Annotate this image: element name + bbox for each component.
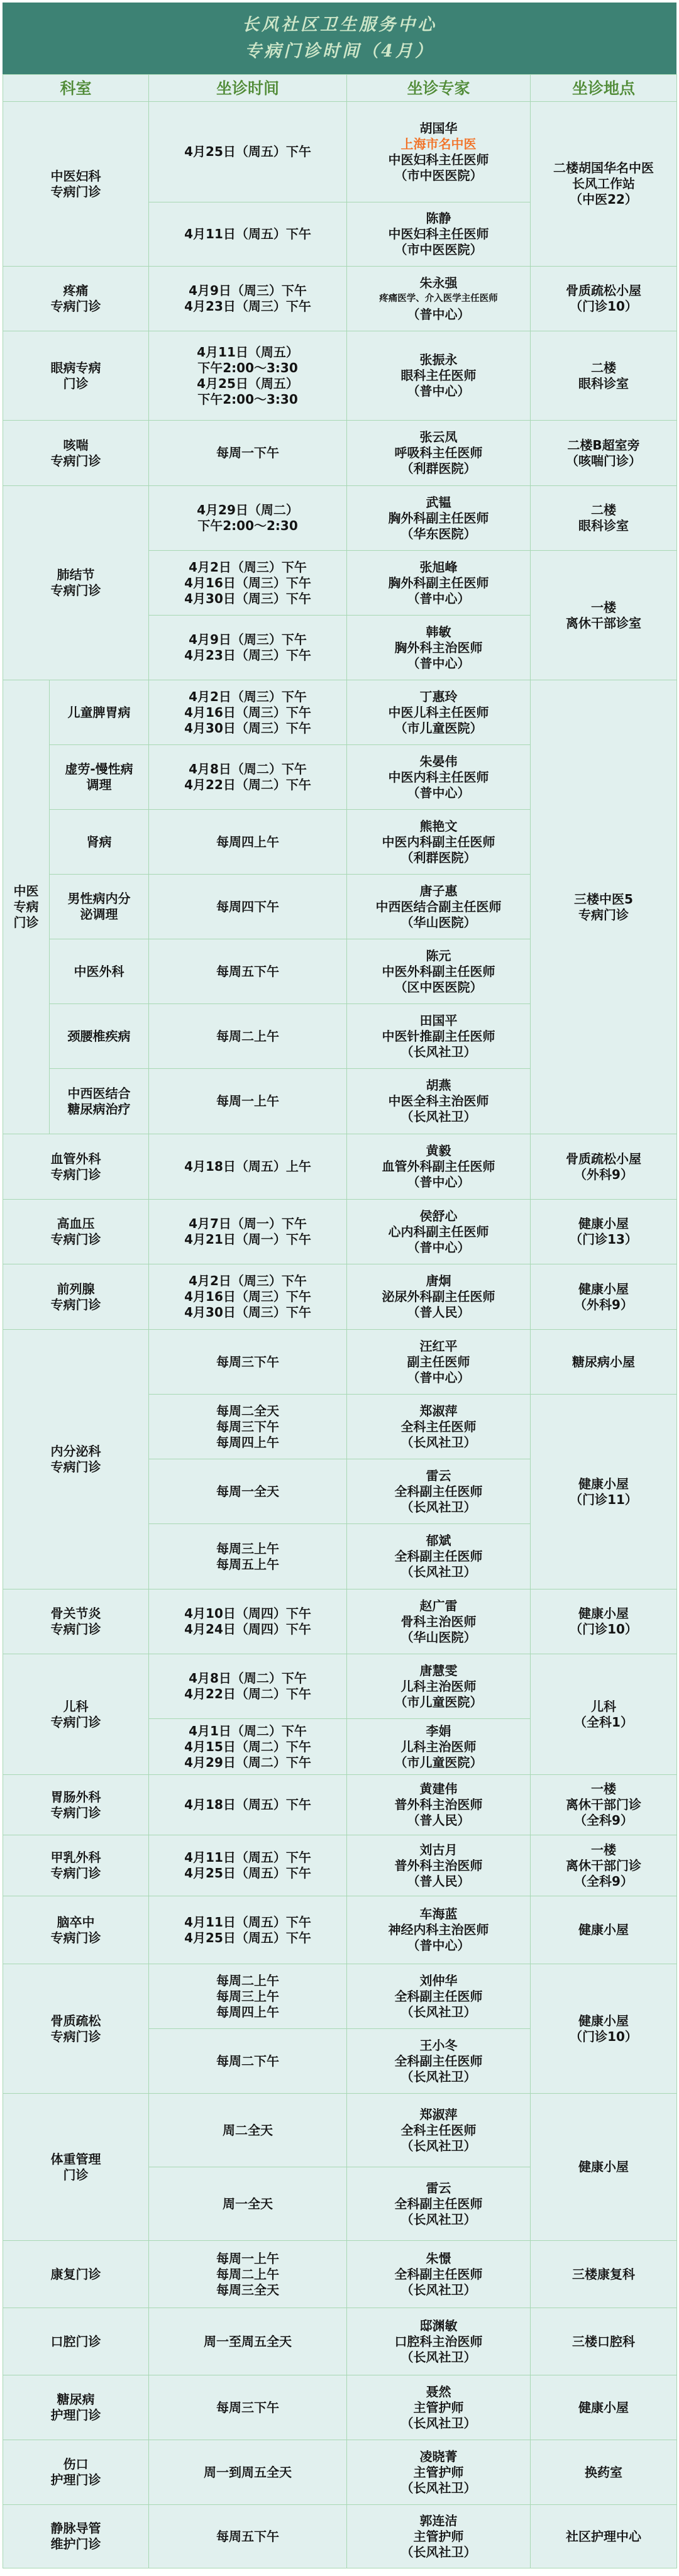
expert-info: （长风社卫） bbox=[347, 2545, 530, 2560]
expert-cell: 刘仲华全科副主任医师（长风社卫） bbox=[347, 1964, 531, 2029]
location-text: 健康小屋 bbox=[531, 1922, 676, 1938]
expert-info: 王小冬 bbox=[347, 2038, 530, 2054]
time-cell: 4月2日（周三）下午4月16日（周三）下午4月30日（周三）下午 bbox=[149, 1264, 347, 1330]
location-text: 离休干部门诊 bbox=[531, 1797, 676, 1813]
sub-specialty-cell: 肾病 bbox=[50, 810, 149, 875]
time-cell: 周一全天 bbox=[149, 2167, 347, 2241]
department-name: 专病门诊 bbox=[3, 1459, 148, 1475]
location-text: 健康小屋 bbox=[531, 1216, 676, 1232]
sub-specialty-cell: 虚劳-慢性病调理 bbox=[50, 745, 149, 810]
schedule-time: 每周四上午 bbox=[149, 2004, 346, 2020]
location-text: 骨质疏松小屋 bbox=[531, 1151, 676, 1167]
expert-info: （长风社卫） bbox=[347, 1044, 530, 1060]
schedule-time: 每周二下午 bbox=[149, 2054, 346, 2069]
time-cell: 每周一下午 bbox=[149, 421, 347, 486]
schedule-time: 4月24日（周四）下午 bbox=[149, 1622, 346, 1637]
expert-info: 全科副主任医师 bbox=[347, 2267, 530, 2282]
department-name: 门诊 bbox=[3, 2167, 148, 2183]
location-text: 三楼康复科 bbox=[531, 2267, 676, 2282]
schedule-time: 每周一下午 bbox=[149, 445, 346, 461]
department-cell: 伤口护理门诊 bbox=[3, 2440, 149, 2505]
expert-cell: 张云凤呼吸科主任医师（利群医院） bbox=[347, 421, 531, 486]
sub-specialty-cell: 中西医结合糖尿病治疗 bbox=[50, 1069, 149, 1134]
schedule-time: 4月11日（周五） bbox=[149, 345, 346, 360]
expert-info: （普中心） bbox=[347, 656, 530, 672]
schedule-time: 每周五上午 bbox=[149, 1557, 346, 1573]
expert-cell: 武韫胸外科副主任医师（华东医院） bbox=[347, 486, 531, 551]
department-cell: 儿科专病门诊 bbox=[3, 1654, 149, 1775]
expert-cell: 侯舒心心内科副主任医师（普中心） bbox=[347, 1200, 531, 1264]
sub-specialty-cell: 颈腰椎疾病 bbox=[50, 1004, 149, 1069]
department-cell: 眼病专病门诊 bbox=[3, 331, 149, 421]
expert-info: 口腔科主治医师 bbox=[347, 2334, 530, 2350]
expert-info: 侯舒心 bbox=[347, 1208, 530, 1224]
time-cell: 4月11日（周五）下午4月25日（周五）下午 bbox=[149, 1896, 347, 1964]
expert-cell: 丁惠玲中医儿科主任医师（市儿童医院） bbox=[347, 680, 531, 745]
time-cell: 每周四上午 bbox=[149, 810, 347, 875]
expert-cell: 陈元中医外科副主任医师（区中医医院） bbox=[347, 939, 531, 1004]
table-row: 咳喘专病门诊每周一下午张云凤呼吸科主任医师（利群医院）二楼B超室旁（咳喘门诊） bbox=[3, 421, 677, 486]
department-cell: 肺结节专病门诊 bbox=[3, 486, 149, 680]
table-row: 脑卒中专病门诊4月11日（周五）下午4月25日（周五）下午车海蓝神经内科主治医师… bbox=[3, 1896, 677, 1964]
schedule-time: 每周五下午 bbox=[149, 2529, 346, 2545]
department-name: 疼痛 bbox=[3, 283, 148, 299]
location-text: 健康小屋 bbox=[531, 2400, 676, 2416]
department-name: 甲乳外科 bbox=[3, 1850, 148, 1866]
location-text: 离休干部门诊 bbox=[531, 1858, 676, 1874]
expert-cell: 朱憬全科副主任医师（长风社卫） bbox=[347, 2241, 531, 2308]
schedule-time: 4月21日（周一）下午 bbox=[149, 1232, 346, 1247]
location-text: 专病门诊 bbox=[531, 907, 676, 923]
location-text: 儿科 bbox=[531, 1699, 676, 1715]
location-cell: 儿科（全科1） bbox=[531, 1654, 677, 1775]
location-cell: 健康小屋（门诊11） bbox=[531, 1395, 677, 1589]
department-name: 门诊 bbox=[3, 915, 49, 931]
department-cell: 咳喘专病门诊 bbox=[3, 421, 149, 486]
expert-info: 刘古月 bbox=[347, 1842, 530, 1858]
table-row: 眼病专病门诊4月11日（周五）下午2:00～3:304月25日（周五）下午2:0… bbox=[3, 331, 677, 421]
sub-specialty-cell: 男性病内分泌调理 bbox=[50, 875, 149, 939]
expert-info: （普中心） bbox=[347, 785, 530, 801]
location-cell: 健康小屋（门诊10） bbox=[531, 1589, 677, 1654]
schedule-time: 4月16日（周三）下午 bbox=[149, 575, 346, 591]
expert-info: （市儿童医院） bbox=[347, 721, 530, 736]
expert-cell: 郑淑萍全科主任医师（长风社卫） bbox=[347, 2094, 531, 2167]
expert-info: （长风社卫） bbox=[347, 2480, 530, 2496]
location-text: 二楼胡国华名中医 bbox=[531, 160, 676, 176]
location-cell: 一楼离休干部诊室 bbox=[531, 551, 677, 680]
department-cell: 血管外科专病门诊 bbox=[3, 1134, 149, 1200]
schedule-time: 4月7日（周一）下午 bbox=[149, 1216, 346, 1232]
expert-info: 韩敏 bbox=[347, 624, 530, 640]
expert-info: （普中心） bbox=[347, 1938, 530, 1954]
department-cell: 高血压专病门诊 bbox=[3, 1200, 149, 1264]
sub-specialty-name: 颈腰椎疾病 bbox=[50, 1029, 148, 1044]
schedule-time: 4月23日（周三）下午 bbox=[149, 299, 346, 314]
expert-info: 中医妇科主任医师 bbox=[347, 226, 530, 242]
time-cell: 周二全天 bbox=[149, 2094, 347, 2167]
header-location: 坐诊地点 bbox=[531, 75, 677, 102]
header-expert: 坐诊专家 bbox=[347, 75, 531, 102]
expert-info: （市中医医院） bbox=[347, 242, 530, 258]
expert-cell: 王小冬全科副主任医师（长风社卫） bbox=[347, 2029, 531, 2094]
department-name: 专病门诊 bbox=[3, 1622, 148, 1637]
department-cell: 中医专病门诊 bbox=[3, 680, 50, 1134]
location-text: 眼科诊室 bbox=[531, 376, 676, 392]
schedule-time: 4月8日（周二）下午 bbox=[149, 761, 346, 777]
schedule-time: 4月2日（周三）下午 bbox=[149, 689, 346, 705]
schedule-time: 每周二上午 bbox=[149, 1973, 346, 1989]
expert-info: 胸外科副主任医师 bbox=[347, 511, 530, 526]
expert-info: （普中心） bbox=[347, 1175, 530, 1190]
expert-cell: 张旭峰胸外科副主任医师（普中心） bbox=[347, 551, 531, 616]
sub-specialty-name: 肾病 bbox=[50, 834, 148, 850]
location-text: 社区护理中心 bbox=[531, 2529, 676, 2545]
schedule-time: 每周二上午 bbox=[149, 1029, 346, 1044]
location-cell: 糖尿病小屋 bbox=[531, 1330, 677, 1395]
time-cell: 4月2日（周三）下午4月16日（周三）下午4月30日（周三）下午 bbox=[149, 680, 347, 745]
expert-info: 张旭峰 bbox=[347, 560, 530, 575]
time-cell: 每周四下午 bbox=[149, 875, 347, 939]
expert-cell: 赵广雷骨科主治医师（华山医院） bbox=[347, 1589, 531, 1654]
expert-info: 郭连洁 bbox=[347, 2513, 530, 2529]
location-cell: 三楼口腔科 bbox=[531, 2308, 677, 2375]
expert-info: 血管外科副主任医师 bbox=[347, 1159, 530, 1175]
expert-info: （普中心） bbox=[347, 1370, 530, 1386]
sub-specialty-name: 糖尿病治疗 bbox=[50, 1102, 148, 1117]
expert-cell: 郑淑萍全科主任医师（长风社卫） bbox=[347, 1395, 531, 1459]
time-cell: 4月9日（周三）下午4月23日（周三）下午 bbox=[149, 616, 347, 680]
expert-cell: 李娟儿科主治医师（市儿童医院） bbox=[347, 1719, 531, 1775]
table-row: 高血压专病门诊4月7日（周一）下午4月21日（周一）下午侯舒心心内科副主任医师（… bbox=[3, 1200, 677, 1264]
department-name: 血管外科 bbox=[3, 1151, 148, 1167]
time-cell: 4月18日（周五）下午 bbox=[149, 1775, 347, 1835]
schedule-time: 4月16日（周三）下午 bbox=[149, 1289, 346, 1305]
expert-info: （市儿童医院） bbox=[347, 1755, 530, 1771]
expert-cell: 唐子惠中西医结合副主任医师（华山医院） bbox=[347, 875, 531, 939]
expert-info: （长风社卫） bbox=[347, 1109, 530, 1125]
department-name: 前列腺 bbox=[3, 1281, 148, 1297]
department-name: 胃肠外科 bbox=[3, 1789, 148, 1805]
expert-info: 儿科主治医师 bbox=[347, 1679, 530, 1694]
schedule-time: 每周四上午 bbox=[149, 834, 346, 850]
expert-info: （利群医院） bbox=[347, 850, 530, 866]
expert-info: （普中心） bbox=[347, 307, 530, 323]
expert-info: （市儿童医院） bbox=[347, 1694, 530, 1710]
expert-cell: 朱晏伟中医内科主任医师（普中心） bbox=[347, 745, 531, 810]
location-cell: 三楼中医5专病门诊 bbox=[531, 680, 677, 1134]
expert-info: 黄建伟 bbox=[347, 1781, 530, 1797]
table-row: 疼痛专病门诊4月9日（周三）下午4月23日（周三）下午朱永强疼痛医学、介入医学主… bbox=[3, 267, 677, 331]
expert-info: 中医妇科主任医师 bbox=[347, 152, 530, 168]
department-name: 静脉导管 bbox=[3, 2521, 148, 2536]
location-text: （咳喘门诊） bbox=[531, 453, 676, 469]
location-text: （外科9） bbox=[531, 1297, 676, 1313]
expert-cell: 唐慧雯儿科主治医师（市儿童医院） bbox=[347, 1654, 531, 1719]
location-cell: 骨质疏松小屋（外科9） bbox=[531, 1134, 677, 1200]
location-cell: 健康小屋 bbox=[531, 1896, 677, 1964]
schedule-time: 4月29日（周二）下午 bbox=[149, 1755, 346, 1771]
location-cell: 一楼离休干部门诊（全科9） bbox=[531, 1775, 677, 1835]
expert-info: 雷云 bbox=[347, 2181, 530, 2196]
department-cell: 疼痛专病门诊 bbox=[3, 267, 149, 331]
expert-cell: 聂然主管护师（长风社卫） bbox=[347, 2375, 531, 2440]
schedule-time: 每周三上午 bbox=[149, 1541, 346, 1557]
schedule-time: 4月18日（周五）下午 bbox=[149, 1797, 346, 1813]
table-row: 口腔门诊周一至周五全天邸渊敏口腔科主治医师（长风社卫）三楼口腔科 bbox=[3, 2308, 677, 2375]
expert-info: 全科主任医师 bbox=[347, 1419, 530, 1435]
schedule-time: 4月9日（周三）下午 bbox=[149, 632, 346, 648]
schedule-time: 4月11日（周五）下午 bbox=[149, 1915, 346, 1930]
expert-info: 中医针推副主任医师 bbox=[347, 1029, 530, 1044]
department-cell: 骨关节炎专病门诊 bbox=[3, 1589, 149, 1654]
location-text: 健康小屋 bbox=[531, 2013, 676, 2029]
location-text: 健康小屋 bbox=[531, 1606, 676, 1622]
department-name: 门诊 bbox=[3, 376, 148, 392]
sub-specialty-name: 虚劳-慢性病 bbox=[50, 761, 148, 777]
expert-info: 胡燕 bbox=[347, 1078, 530, 1093]
location-text: （门诊13） bbox=[531, 1232, 676, 1247]
time-cell: 每周三下午 bbox=[149, 2375, 347, 2440]
schedule-time: 4月30日（周三）下午 bbox=[149, 591, 346, 607]
expert-info: 副主任医师 bbox=[347, 1354, 530, 1370]
expert-info: 中西医结合副主任医师 bbox=[347, 899, 530, 915]
time-cell: 4月8日（周二）下午4月22日（周二）下午 bbox=[149, 745, 347, 810]
expert-cell: 熊艳文中医内科副主任医师（利群医院） bbox=[347, 810, 531, 875]
expert-info: 主管护师 bbox=[347, 2465, 530, 2480]
expert-info: （利群医院） bbox=[347, 461, 530, 477]
department-cell: 康复门诊 bbox=[3, 2241, 149, 2308]
schedule-time: 下午2:00～3:30 bbox=[149, 360, 346, 376]
department-name: 专病门诊 bbox=[3, 1297, 148, 1313]
location-text: （门诊10） bbox=[531, 1622, 676, 1637]
expert-info: 胸外科副主任医师 bbox=[347, 575, 530, 591]
location-cell: 二楼眼科诊室 bbox=[531, 486, 677, 551]
expert-cell: 黄毅血管外科副主任医师（普中心） bbox=[347, 1134, 531, 1200]
table-row: 肺结节专病门诊4月29日（周二）下午2:00～2:30武韫胸外科副主任医师（华东… bbox=[3, 486, 677, 551]
department-cell: 甲乳外科专病门诊 bbox=[3, 1835, 149, 1896]
time-cell: 每周一上午 bbox=[149, 1069, 347, 1134]
time-cell: 每周二全天每周三下午每周四上午 bbox=[149, 1395, 347, 1459]
department-name: 专病门诊 bbox=[3, 1930, 148, 1946]
expert-cell: 陈静中医妇科主任医师（市中医医院） bbox=[347, 202, 531, 267]
time-cell: 4月8日（周二）下午4月22日（周二）下午 bbox=[149, 1654, 347, 1719]
expert-cell: 汪红平副主任医师（普中心） bbox=[347, 1330, 531, 1395]
time-cell: 每周二上午 bbox=[149, 1004, 347, 1069]
sub-specialty-name: 调理 bbox=[50, 777, 148, 793]
expert-info: 骨科主治医师 bbox=[347, 1614, 530, 1630]
schedule-time: 周一全天 bbox=[149, 2196, 346, 2212]
header-time: 坐诊时间 bbox=[149, 75, 347, 102]
location-text: （门诊10） bbox=[531, 299, 676, 314]
location-cell: 二楼胡国华名中医长风工作站（中医22） bbox=[531, 102, 677, 267]
expert-cell: 田国平中医针推副主任医师（长风社卫） bbox=[347, 1004, 531, 1069]
expert-info: （普人民） bbox=[347, 1813, 530, 1828]
expert-info: 唐子惠 bbox=[347, 883, 530, 899]
sub-specialty-name: 儿童脾胃病 bbox=[50, 705, 148, 721]
time-cell: 每周一全天 bbox=[149, 1459, 347, 1524]
time-cell: 4月1日（周二）下午4月15日（周二）下午4月29日（周二）下午 bbox=[149, 1719, 347, 1775]
schedule-time: 4月16日（周三）下午 bbox=[149, 705, 346, 721]
schedule-time: 周一到周五全天 bbox=[149, 2465, 346, 2480]
expert-info: 呼吸科主任医师 bbox=[347, 445, 530, 461]
time-cell: 每周三上午每周五上午 bbox=[149, 1524, 347, 1589]
location-cell: 二楼眼科诊室 bbox=[531, 331, 677, 421]
department-name: 专病门诊 bbox=[3, 184, 148, 200]
expert-cell: 刘古月普外科主治医师（普人民） bbox=[347, 1835, 531, 1896]
expert-info: 全科副主任医师 bbox=[347, 1484, 530, 1500]
department-name: 内分泌科 bbox=[3, 1444, 148, 1459]
department-name: 咳喘 bbox=[3, 438, 148, 453]
location-text: 骨质疏松小屋 bbox=[531, 283, 676, 299]
time-cell: 每周二上午每周三上午每周四上午 bbox=[149, 1964, 347, 2029]
department-name: 体重管理 bbox=[3, 2152, 148, 2167]
expert-info: （普人民） bbox=[347, 1305, 530, 1320]
table-row: 血管外科专病门诊4月18日（周五）上午黄毅血管外科副主任医师（普中心）骨质疏松小… bbox=[3, 1134, 677, 1200]
expert-info: 中医内科副主任医师 bbox=[347, 834, 530, 850]
time-cell: 周一至周五全天 bbox=[149, 2308, 347, 2375]
schedule-time: 4月23日（周三）下午 bbox=[149, 648, 346, 663]
location-cell: 骨质疏松小屋（门诊10） bbox=[531, 267, 677, 331]
expert-info: （长风社卫） bbox=[347, 2138, 530, 2154]
table-row: 中医专病门诊儿童脾胃病4月2日（周三）下午4月16日（周三）下午4月30日（周三… bbox=[3, 680, 677, 745]
time-cell: 4月11日（周五）下午4月25日（周五）下午 bbox=[149, 1835, 347, 1896]
location-cell: 换药室 bbox=[531, 2440, 677, 2505]
schedule-time: 4月10日（周四）下午 bbox=[149, 1606, 346, 1622]
schedule-time: 4月25日（周五）下午 bbox=[149, 144, 346, 160]
title-line-2: 专病门诊时间（4月） bbox=[245, 38, 434, 65]
time-cell: 4月2日（周三）下午4月16日（周三）下午4月30日（周三）下午 bbox=[149, 551, 347, 616]
location-text: （门诊10） bbox=[531, 2029, 676, 2045]
expert-info: 中医外科副主任医师 bbox=[347, 964, 530, 980]
schedule-time: 周二全天 bbox=[149, 2123, 346, 2138]
expert-info: 黄毅 bbox=[347, 1143, 530, 1159]
expert-info: 主管护师 bbox=[347, 2400, 530, 2416]
department-name: 骨质疏松 bbox=[3, 2013, 148, 2029]
expert-info: 儿科主治医师 bbox=[347, 1739, 530, 1755]
expert-cell: 凌晓菁主管护师（长风社卫） bbox=[347, 2440, 531, 2505]
location-text: （外科9） bbox=[531, 1167, 676, 1183]
table-row: 骨质疏松专病门诊每周二上午每周三上午每周四上午刘仲华全科副主任医师（长风社卫）健… bbox=[3, 1964, 677, 2029]
expert-info: （华东医院） bbox=[347, 526, 530, 542]
table-row: 内分泌科专病门诊每周三下午汪红平副主任医师（普中心）糖尿病小屋 bbox=[3, 1330, 677, 1395]
location-text: 一楼 bbox=[531, 1781, 676, 1797]
schedule-time: 每周四上午 bbox=[149, 1435, 346, 1451]
department-cell: 胃肠外科专病门诊 bbox=[3, 1775, 149, 1835]
department-name: 专病门诊 bbox=[3, 299, 148, 314]
expert-info: 邸渊敏 bbox=[347, 2318, 530, 2334]
time-cell: 4月10日（周四）下午4月24日（周四）下午 bbox=[149, 1589, 347, 1654]
department-name: 维护门诊 bbox=[3, 2536, 148, 2552]
schedule-time: 每周五下午 bbox=[149, 964, 346, 980]
schedule-time: 4月29日（周二） bbox=[149, 502, 346, 518]
department-name: 专病门诊 bbox=[3, 1866, 148, 1881]
location-text: 二楼 bbox=[531, 360, 676, 376]
sub-specialty-cell: 儿童脾胃病 bbox=[50, 680, 149, 745]
schedule-time: 每周三上午 bbox=[149, 1989, 346, 2004]
schedule-time: 每周一上午 bbox=[149, 1093, 346, 1109]
expert-info: 心内科副主任医师 bbox=[347, 1224, 530, 1240]
location-text: 离休干部诊室 bbox=[531, 616, 676, 631]
location-cell: 健康小屋 bbox=[531, 2094, 677, 2241]
time-cell: 每周二下午 bbox=[149, 2029, 347, 2094]
department-name: 专病门诊 bbox=[3, 453, 148, 469]
schedule-time: 每周三全天 bbox=[149, 2282, 346, 2298]
location-cell: 三楼康复科 bbox=[531, 2241, 677, 2308]
location-text: 换药室 bbox=[531, 2465, 676, 2480]
location-text: （门诊11） bbox=[531, 1492, 676, 1508]
department-cell: 脑卒中专病门诊 bbox=[3, 1896, 149, 1964]
expert-info: 陈静 bbox=[347, 211, 530, 226]
location-text: （全科1） bbox=[531, 1715, 676, 1730]
schedule-time: 4月11日（周五）下午 bbox=[149, 1850, 346, 1866]
table-row: 儿科专病门诊4月8日（周二）下午4月22日（周二）下午唐慧雯儿科主治医师（市儿童… bbox=[3, 1654, 677, 1719]
location-text: 健康小屋 bbox=[531, 1281, 676, 1297]
expert-info: 田国平 bbox=[347, 1013, 530, 1029]
location-text: 长风工作站 bbox=[531, 176, 676, 192]
table-row: 中医妇科专病门诊4月25日（周五）下午胡国华上海市名中医中医妇科主任医师（市中医… bbox=[3, 102, 677, 202]
schedule-time: 4月25日（周五）下午 bbox=[149, 1866, 346, 1881]
location-text: 眼科诊室 bbox=[531, 518, 676, 534]
location-text: 三楼口腔科 bbox=[531, 2334, 676, 2350]
schedule-time: 下午2:00～2:30 bbox=[149, 518, 346, 534]
table-row: 伤口护理门诊周一到周五全天凌晓菁主管护师（长风社卫）换药室 bbox=[3, 2440, 677, 2505]
expert-info: （长风社卫） bbox=[347, 2350, 530, 2365]
department-name: 护理门诊 bbox=[3, 2472, 148, 2488]
table-header-row: 科室 坐诊时间 坐诊专家 坐诊地点 bbox=[3, 75, 677, 102]
department-name: 专病门诊 bbox=[3, 1715, 148, 1730]
schedule-time: 4月30日（周三）下午 bbox=[149, 721, 346, 736]
location-text: 二楼B超室旁 bbox=[531, 438, 676, 453]
department-cell: 静脉导管维护门诊 bbox=[3, 2505, 149, 2568]
expert-info: 全科副主任医师 bbox=[347, 2196, 530, 2212]
table-row: 甲乳外科专病门诊4月11日（周五）下午4月25日（周五）下午刘古月普外科主治医师… bbox=[3, 1835, 677, 1896]
department-name: 护理门诊 bbox=[3, 2407, 148, 2423]
expert-info: 泌尿外科副主任医师 bbox=[347, 1289, 530, 1305]
honor-title: 上海市名中医 bbox=[347, 136, 530, 152]
expert-info: 陈元 bbox=[347, 948, 530, 964]
time-cell: 周一到周五全天 bbox=[149, 2440, 347, 2505]
location-cell: 健康小屋（外科9） bbox=[531, 1264, 677, 1330]
time-cell: 4月11日（周五）下午2:00～3:304月25日（周五）下午2:00～3:30 bbox=[149, 331, 347, 421]
expert-info: （普人民） bbox=[347, 1874, 530, 1889]
expert-info: 朱憬 bbox=[347, 2251, 530, 2267]
expert-info: （华山医院） bbox=[347, 915, 530, 931]
schedule-time: 4月8日（周二）下午 bbox=[149, 1671, 346, 1686]
expert-info: 全科副主任医师 bbox=[347, 1549, 530, 1564]
expert-info: 普外科主治医师 bbox=[347, 1797, 530, 1813]
expert-info: 唐炯 bbox=[347, 1273, 530, 1289]
schedule-time: 4月11日（周五）下午 bbox=[149, 226, 346, 242]
schedule-time: 4月25日（周五）下午 bbox=[149, 1930, 346, 1946]
sub-specialty-name: 男性病内分 bbox=[50, 891, 148, 907]
expert-info: 郑淑萍 bbox=[347, 2107, 530, 2123]
location-text: 二楼 bbox=[531, 502, 676, 518]
department-name: 儿科 bbox=[3, 1699, 148, 1715]
department-name: 高血压 bbox=[3, 1216, 148, 1232]
schedule-time: 4月25日（周五） bbox=[149, 376, 346, 392]
department-name: 中医 bbox=[3, 883, 49, 899]
expert-info: （普中心） bbox=[347, 384, 530, 399]
expert-cell: 唐炯泌尿外科副主任医师（普人民） bbox=[347, 1264, 531, 1330]
expert-info: 汪红平 bbox=[347, 1339, 530, 1354]
expert-cell: 韩敏胸外科主治医师（普中心） bbox=[347, 616, 531, 680]
schedule-time: 每周一全天 bbox=[149, 1484, 346, 1500]
schedule-time: 4月1日（周二）下午 bbox=[149, 1723, 346, 1739]
schedule-time: 每周一上午 bbox=[149, 2251, 346, 2267]
expert-info: （长风社卫） bbox=[347, 2069, 530, 2085]
sub-specialty-name: 中医外科 bbox=[50, 964, 148, 980]
